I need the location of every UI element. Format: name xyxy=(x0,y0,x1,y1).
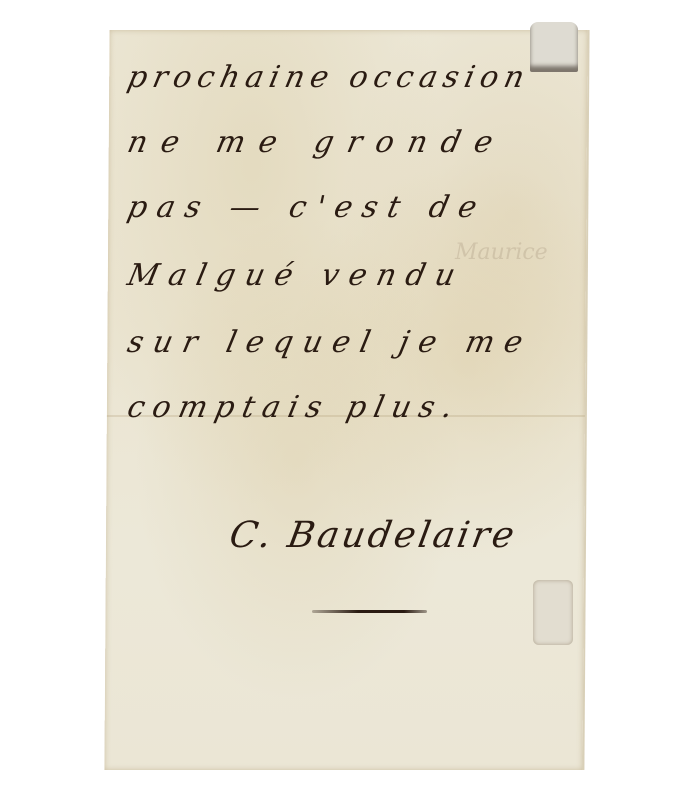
bleed-through-text: Maurice xyxy=(455,240,548,265)
handwritten-line-6: comptais plus. xyxy=(124,390,463,425)
handwritten-line-5: sur lequel je me xyxy=(124,325,536,360)
handwritten-line-4: Malgué vendu xyxy=(124,258,468,293)
signature: C. Baudelaire xyxy=(226,515,520,556)
handwritten-line-1: prochaine occasion xyxy=(124,60,533,95)
paper-mount-hinge-top xyxy=(530,22,578,72)
paper-mount-hinge-bottom xyxy=(533,580,573,645)
signature-flourish xyxy=(312,610,427,613)
handwritten-line-2: ne me gronde xyxy=(124,125,510,160)
handwritten-line-3: pas — c'est de xyxy=(124,190,490,225)
